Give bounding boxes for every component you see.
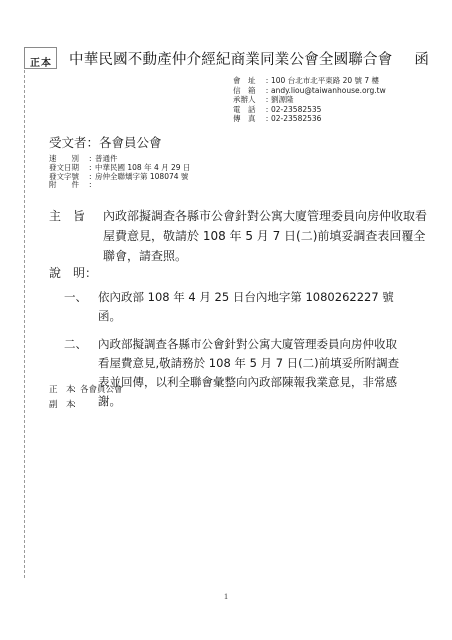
- organization-name: 中華民國不動產仲介經紀商業同業公會全國聯合會: [69, 52, 392, 68]
- contact-block: 會 址:100 台北市北平東路 20 號 7 樓 信 箱:andy.liou@t…: [233, 76, 386, 124]
- contact-row-handler: 承辦人:劉源隆: [233, 95, 386, 105]
- separator: :: [73, 398, 80, 413]
- contact-value: 02-23582535: [271, 105, 321, 115]
- meta-label: 附 件: [49, 181, 89, 190]
- document-meta: 速 別:普通件 發文日期:中華民國 108 年 4 月 29 日 發文字號:房仲…: [49, 155, 190, 190]
- page-number: 1: [224, 592, 228, 601]
- contact-row-fax: 傳 真:02-23582536: [233, 114, 386, 124]
- contact-label: 電 話: [233, 105, 263, 115]
- document-header: 中華民國不動產仲介經紀商業同業公會全國聯合會函: [69, 48, 429, 69]
- original-copy-stamp: 正本: [24, 47, 57, 69]
- copies-block: 正 本:各會員公會 副 本:: [49, 383, 123, 413]
- subject-text: 內政部擬調查各縣市公會針對公寓大廈管理委員向房仲收取看屋費意見，敬請於 108 …: [103, 206, 433, 266]
- separator: :: [263, 76, 271, 86]
- meta-row-attachment: 附 件:: [49, 181, 190, 190]
- item-number: 一、: [64, 288, 94, 307]
- recipient-line: 受文者：各會員公會: [49, 133, 162, 151]
- copies-row-original: 正 本:各會員公會: [49, 383, 123, 398]
- contact-value: 02-23582536: [271, 114, 321, 124]
- binding-dashed-line: [24, 70, 25, 578]
- contact-label: 信 箱: [233, 86, 263, 96]
- separator: :: [89, 181, 95, 190]
- contact-row-address: 會 址:100 台北市北平東路 20 號 7 樓: [233, 76, 386, 86]
- contact-label: 會 址: [233, 76, 263, 86]
- separator: ：: [78, 206, 90, 226]
- explanation-label: 說 明：: [49, 264, 97, 281]
- copies-value: 各會員公會: [80, 383, 123, 398]
- separator: :: [263, 114, 271, 124]
- document-type: 函: [414, 52, 429, 68]
- copies-label: 副 本: [49, 398, 73, 413]
- explanation-item: 一、 依內政部 108 年 4 月 25 日台內地字第 1080262227 號…: [64, 288, 424, 326]
- separator: :: [263, 95, 271, 105]
- contact-value: 劉源隆: [271, 95, 294, 105]
- recipient-label: 受文者: [49, 135, 87, 150]
- separator: ：: [87, 135, 100, 150]
- stamp-label: 正本: [30, 59, 52, 69]
- contact-value: andy.liou@taiwanhouse.org.tw: [271, 86, 386, 96]
- contact-value: 100 台北市北平東路 20 號 7 樓: [271, 76, 379, 86]
- separator: :: [263, 86, 271, 96]
- recipient-value: 各會員公會: [99, 135, 162, 150]
- contact-label: 傳 真: [233, 114, 263, 124]
- meta-value: 房仲全聯矯字第 108074 號: [95, 173, 188, 182]
- item-text: 內政部擬調查各縣市公會針對公寓大廈管理委員向房仲收取看屋費意見,敬請務於 108…: [98, 335, 408, 411]
- contact-row-email: 信 箱:andy.liou@taiwanhouse.org.tw: [233, 86, 386, 96]
- contact-label: 承辦人: [233, 95, 263, 105]
- separator: :: [73, 383, 80, 398]
- contact-row-phone: 電 話:02-23582535: [233, 105, 386, 115]
- copies-label: 正 本: [49, 383, 73, 398]
- item-text: 依內政部 108 年 4 月 25 日台內地字第 1080262227 號函。: [98, 288, 408, 326]
- subject-section: 主 旨 ： 內政部擬調查各縣市公會針對公寓大廈管理委員向房仲收取看屋費意見，敬請…: [49, 206, 434, 266]
- copies-row-duplicate: 副 本:: [49, 398, 123, 413]
- separator: :: [263, 105, 271, 115]
- item-number: 二、: [64, 335, 94, 354]
